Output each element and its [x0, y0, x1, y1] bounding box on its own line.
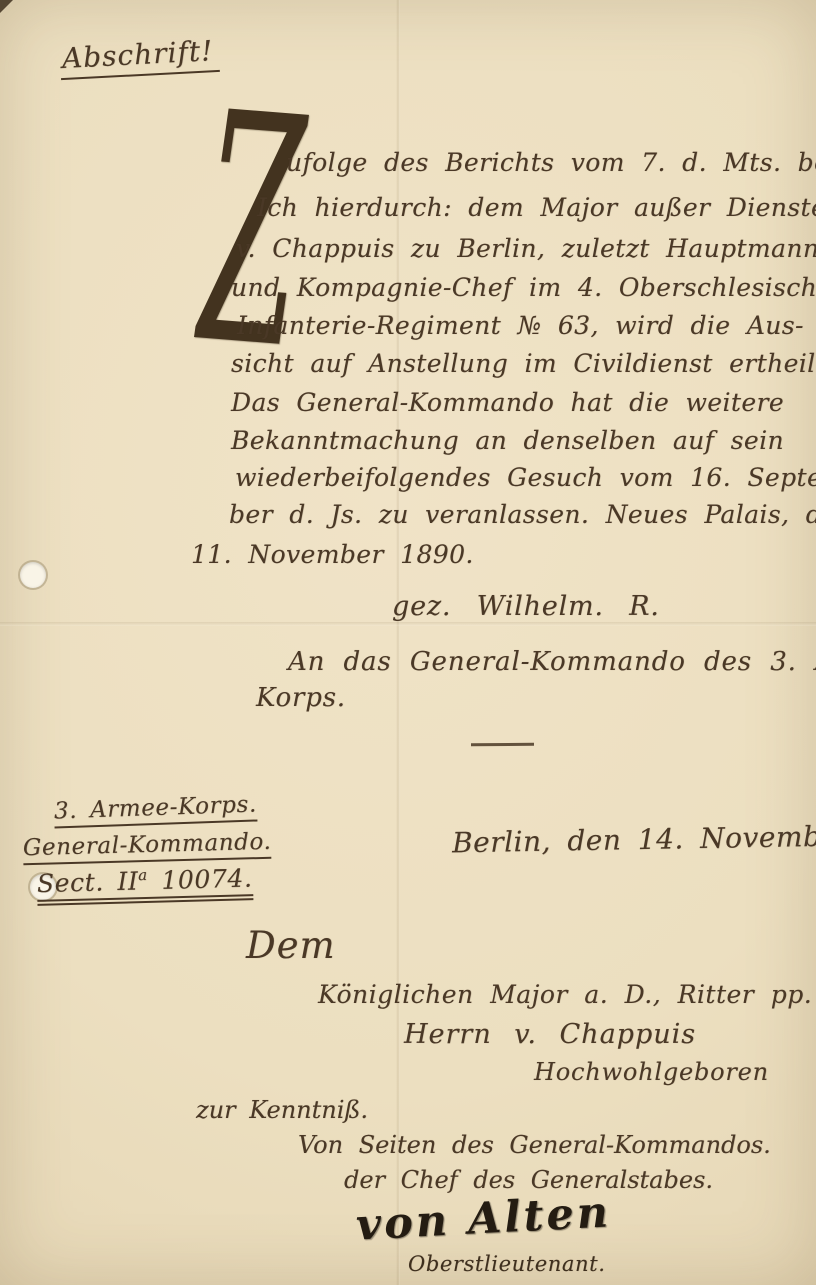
- closing-line-2: der Chef des Generalstabes.: [344, 1166, 713, 1194]
- closing-line-1: Von Seiten des General-Kommandos.: [298, 1131, 771, 1159]
- body-line: 11. November 1890.: [191, 540, 474, 569]
- fold-crease-horizontal: [0, 622, 816, 626]
- body-line: Ich hierdurch: dem Major außer Diensten: [257, 193, 816, 222]
- reference-number: Sect. IIa 10074.: [37, 863, 253, 906]
- recipient-title-line: Königlichen Major a. D., Ritter pp.: [318, 980, 812, 1009]
- corner-mark: [0, 0, 13, 13]
- recipient-honorific: Hochwohlgeboren: [534, 1058, 769, 1086]
- notice-line: zur Kenntniß.: [196, 1096, 368, 1124]
- divider-line: [471, 743, 534, 747]
- hole-punch-top: [20, 562, 46, 588]
- body-line: Infanterie-Regiment № 63, wird die Aus-: [237, 311, 804, 340]
- body-line: v. Chappuis zu Berlin, zuletzt Hauptmann: [236, 234, 816, 263]
- body-line: ufolge des Berichts vom 7. d. Mts. besti…: [286, 148, 816, 177]
- address-line-2: Korps.: [256, 683, 346, 713]
- address-line-1: An das General-Kommando des 3. Armee-: [288, 647, 816, 677]
- body-line: Das General-Kommando hat die weitere: [231, 388, 784, 417]
- reference-superscript: a: [138, 866, 148, 884]
- royal-signature: gez. Wilhelm. R.: [392, 591, 660, 622]
- body-line: sicht auf Anstellung im Civildienst erth…: [231, 349, 816, 378]
- recipient-salutation: Dem: [246, 924, 336, 967]
- reference-prefix: Sect. II: [37, 867, 139, 899]
- body-line: wiederbeifolgendes Gesuch vom 16. Septem…: [235, 463, 816, 492]
- recipient-name-line: Herrn v. Chappuis: [404, 1019, 696, 1050]
- body-line: und Kompagnie-Chef im 4. Oberschlesische…: [231, 273, 816, 302]
- body-line: ber d. Js. zu veranlassen. Neues Palais,…: [229, 500, 816, 529]
- body-line: Bekanntmachung an denselben auf sein: [231, 426, 784, 455]
- reference-digits: 10074.: [147, 864, 252, 896]
- signature-rank: Oberstlieutenant.: [408, 1252, 605, 1276]
